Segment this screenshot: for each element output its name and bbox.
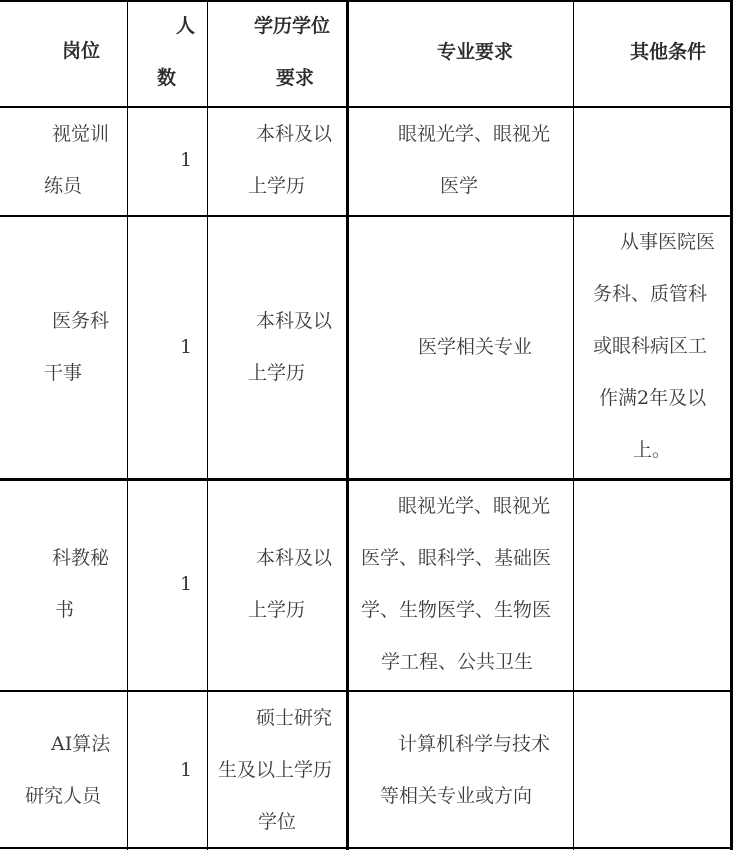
row-2-position: 医务科 干事	[44, 295, 109, 399]
header-text: 其他条件	[630, 26, 706, 78]
header-text: 学历学位	[254, 0, 330, 52]
table-border-bottom	[0, 847, 733, 849]
row-divider	[0, 690, 733, 692]
row-1-major: 眼视光学、眼视光 医学	[398, 108, 550, 212]
column-divider	[346, 0, 349, 850]
row-2-education: 本科及以 上学历	[248, 295, 332, 399]
header-count: 人 数	[157, 0, 195, 104]
row-2-other: 从事医院医 务科、质管科 或眼科病区工 作满2年及以 上。	[593, 216, 715, 476]
row-4-major: 计算机科学与技术 等相关专业或方向	[380, 718, 550, 822]
header-major: 专业要求	[437, 26, 513, 78]
header-text: 要求	[254, 52, 330, 104]
row-2-major: 医学相关专业	[418, 321, 532, 373]
row-3-count: 1	[180, 558, 192, 610]
recruitment-table: 岗位 人 数 学历学位 要求 专业要求 其他条件 视觉训 练员 1 本科及以 上…	[0, 0, 733, 850]
row-1-count: 1	[180, 134, 192, 186]
header-position: 岗位	[62, 25, 100, 77]
header-text: 数	[157, 52, 195, 104]
header-other: 其他条件	[630, 26, 706, 78]
row-4-position: AI算法 研究人员	[25, 718, 110, 822]
column-divider	[207, 0, 208, 850]
row-3-position: 科教秘 书	[44, 532, 109, 636]
row-4-education: 硕士研究 生及以上学历 学位	[218, 692, 332, 848]
row-1-education: 本科及以 上学历	[248, 108, 332, 212]
table-border-top	[0, 0, 733, 2]
header-education: 学历学位 要求	[254, 0, 330, 104]
row-1-position: 视觉训 练员	[44, 108, 109, 212]
row-2-count: 1	[180, 321, 192, 373]
row-3-major: 眼视光学、眼视光 医学、眼科学、基础医 学、生物医学、生物医 学工程、公共卫生	[361, 480, 551, 688]
row-divider	[0, 106, 733, 108]
row-3-education: 本科及以 上学历	[248, 532, 332, 636]
header-text: 人	[157, 0, 195, 52]
column-divider	[573, 0, 574, 850]
row-4-count: 1	[180, 744, 192, 796]
header-text: 专业要求	[437, 26, 513, 78]
column-divider	[127, 0, 128, 850]
header-text: 岗位	[62, 25, 100, 77]
